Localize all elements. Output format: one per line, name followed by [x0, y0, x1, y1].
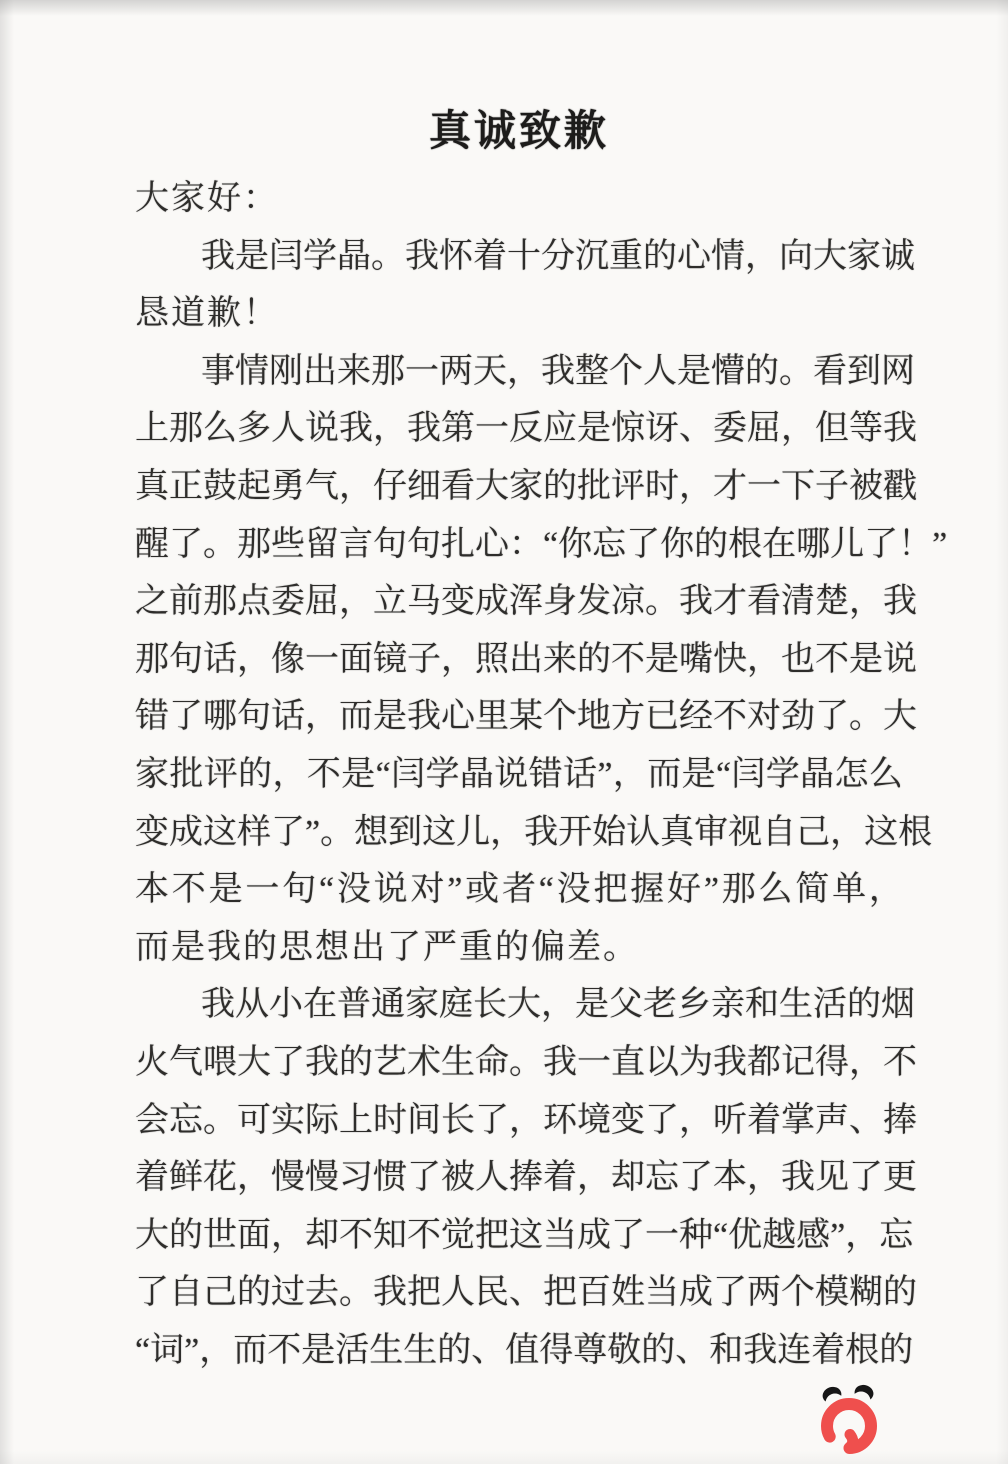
red-ring-icon: [827, 1404, 871, 1448]
text-line: 火气喂大了我的艺术生命。我一直以为我都记得，不: [135, 1034, 903, 1092]
text-line: 真正鼓起勇气，仔细看大家的批评时，才一下子被戳: [135, 458, 903, 516]
text-line: 我从小在普通家庭长大，是父老乡亲和生活的烟: [135, 976, 903, 1034]
text-line: 了自己的过去。我把人民、把百姓当成了两个模糊的: [135, 1264, 903, 1322]
greeting-line: 大家好：: [135, 170, 903, 228]
text-line: 着鲜花，慢慢习惯了被人捧着，却忘了本，我见了更: [135, 1149, 903, 1207]
text-line: 之前那点委屈，立马变成浑身发凉。我才看清楚，我: [135, 573, 903, 631]
text-line: 大的世面，却不知不觉把这当成了一种“优越感”，忘: [135, 1207, 903, 1265]
text-line: 本不是一句“没说对”或者“没把握好”那么简单，: [135, 861, 903, 919]
text-line: 会忘。可实际上时间长了，环境变了，听着掌声、捧: [135, 1092, 903, 1150]
text-line: 事情刚出来那一两天，我整个人是懵的。看到网: [135, 343, 903, 401]
text-line: 醒了。那些留言句句扎心：“你忘了你的根在哪儿了！”: [135, 516, 903, 574]
text-line: 家批评的，不是“闫学晶说错话”，而是“闫学晶怎么: [135, 746, 903, 804]
page-title: 真诚致歉: [135, 108, 903, 156]
text-line: 而是我的思想出了严重的偏差。: [135, 919, 903, 977]
text-line: 错了哪句话，而是我心里某个地方已经不对劲了。大: [135, 688, 903, 746]
text-line: 那句话，像一面镜子，照出来的不是嘴快，也不是说: [135, 631, 903, 689]
text-line: 上那么多人说我，我第一反应是惊讶、委屈，但等我: [135, 400, 903, 458]
page-background: 真诚致歉 大家好： 我是闫学晶。我怀着十分沉重的心情，向大家诚恳道歉！事情刚出来…: [0, 0, 1008, 1464]
paragraphs: 我是闫学晶。我怀着十分沉重的心情，向大家诚恳道歉！事情刚出来那一两天，我整个人是…: [135, 228, 903, 1380]
apology-letter-document: 真诚致歉 大家好： 我是闫学晶。我怀着十分沉重的心情，向大家诚恳道歉！事情刚出来…: [135, 108, 903, 1379]
text-line: 我是闫学晶。我怀着十分沉重的心情，向大家诚: [135, 228, 903, 286]
text-line: 变成这样了”。想到这儿，我开始认真审视自己，这根: [135, 804, 903, 862]
text-line: 恳道歉！: [135, 285, 903, 343]
text-line: “词”，而不是活生生的、值得尊敬的、和我连着根的: [135, 1322, 903, 1380]
watermark-logo: [810, 1384, 886, 1460]
